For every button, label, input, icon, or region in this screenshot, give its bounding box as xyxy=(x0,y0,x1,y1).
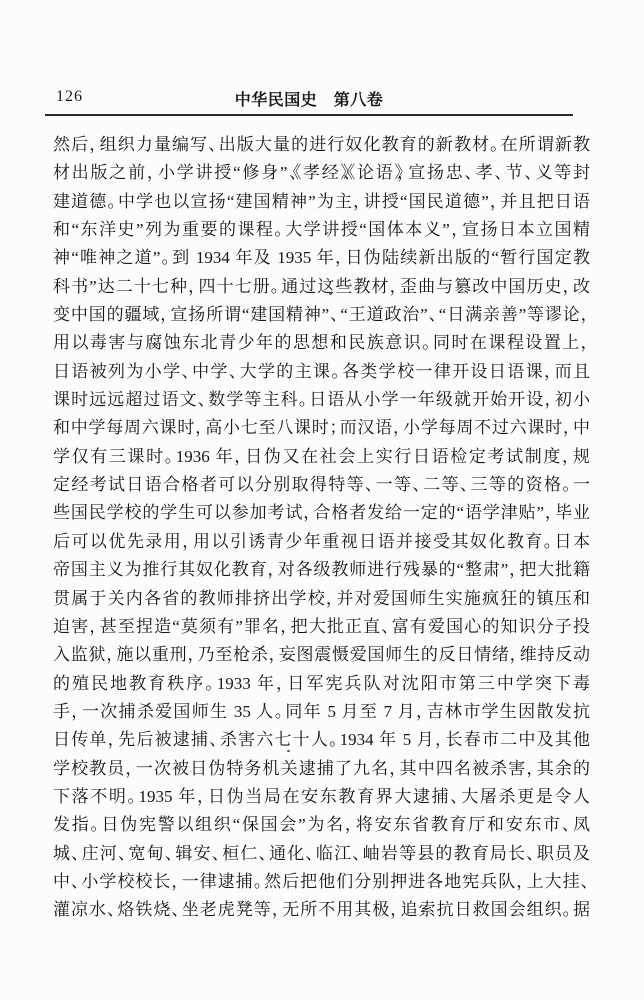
text-line: 用以毒害与腐蚀东北青少年的思想和民族意识。同时在课程设置上， xyxy=(53,329,590,357)
text-line: 课时远远超过语文、数学等主科。日语从小学一年级就开始开设，初小 xyxy=(53,386,590,414)
text-line: 中、小学校校长，一律逮捕。然后把他们分别押进各地宪兵队，上大挂、 xyxy=(53,868,590,896)
text-line: 迫害，甚至捏造“莫须有”罪名，把大批正直、富有爱国心的知识分子投 xyxy=(53,613,590,641)
text-line: 贯属于关内各省的教师排挤出学校，并对爱国师生实施疯狂的镇压和 xyxy=(53,585,590,613)
text-line: 帝国主义为推行其奴化教育，对各级教师进行残暴的“整肃”，把大批籍 xyxy=(53,556,590,584)
scan-speck xyxy=(287,750,290,752)
text-line: 日传单，先后被逮捕、杀害六七十人。1934 年 5 月，长春市二中及其他 xyxy=(53,726,590,754)
text-line: 和“东洋史”列为重要的课程。大学讲授“国体本义”，宣扬日本立国精 xyxy=(53,216,590,244)
text-line: 学仅有三课时。1936 年，日伪又在社会上实行日语检定考试制度，规 xyxy=(53,443,590,471)
text-line: 发指。日伪宪警以组织“保国会”为名，将安东省教育厅和安东市、凤 xyxy=(53,811,590,839)
text-line: 科书”达二十七种，四十七册。通过这些教材，歪曲与篡改中国历史，改 xyxy=(53,273,590,301)
text-line: 和中学每周六课时，高小七至八课时；而汉语，小学每周不过六课时，中 xyxy=(53,414,590,442)
text-line: 学校教员，一次被日伪特务机关逮捕了九名，其中四名被杀害，其余的 xyxy=(53,755,590,783)
text-line: 城、庄河、宽甸、辑安、桓仁、通化、临江、岫岩等县的教育局长、职员及 xyxy=(53,840,590,868)
text-line: 变中国的疆域，宣扬所谓“建国精神”、“王道政治”、“日满亲善”等谬论， xyxy=(53,301,590,329)
body-text: 然后，组织力量编写、出版大量的进行奴化教育的新教材。在所谓新教材出版之前，小学讲… xyxy=(53,131,590,925)
text-line: 神“唯神之道”。到 1934 年及 1935 年，日伪陆续新出版的“暂行国定教 xyxy=(53,244,590,272)
text-line: 手，一次捕杀爱国师生 35 人。同年 5 月至 7 月，吉林市学生因散发抗 xyxy=(53,698,590,726)
text-line: 的殖民地教育秩序。1933 年，日军宪兵队对沈阳市第三中学突下毒 xyxy=(53,670,590,698)
header-rule xyxy=(45,114,573,116)
text-line: 灌凉水、烙铁烧、坐老虎凳等，无所不用其极，追索抗日救国会组织。据 xyxy=(53,896,590,924)
text-line: 材出版之前，小学讲授“修身”、《孝经》、《论语》，宣扬忠、孝、节、义等封 xyxy=(53,159,590,187)
text-line: 后可以优先录用，用以引诱青少年重视日语并接受其奴化教育。日本 xyxy=(53,528,590,556)
text-line: 建道德。中学也以宣扬“建国精神”为主，讲授“国民道德”，并且把日语 xyxy=(53,188,590,216)
text-line: 些国民学校的学生可以参加考试，合格者发给一定的“语学津贴”，毕业 xyxy=(53,499,590,527)
text-line: 入监狱，施以重刑，乃至枪杀，妄图震慑爱国师生的反日情绪，维持反动 xyxy=(53,641,590,669)
scan-speck xyxy=(329,292,332,295)
text-line: 日语被列为小学、中学、大学的主课。各类学校一律开设日语课，而且 xyxy=(53,358,590,386)
running-title: 中华民国史 第八卷 xyxy=(45,87,573,110)
page: 126 中华民国史 第八卷 然后，组织力量编写、出版大量的进行奴化教育的新教材。… xyxy=(0,0,644,1000)
text-line: 下落不明。1935 年，日伪当局在安东教育界大逮捕、大屠杀更是令人 xyxy=(53,783,590,811)
text-line: 然后，组织力量编写、出版大量的进行奴化教育的新教材。在所谓新教 xyxy=(53,131,590,159)
text-line: 定经考试日语合格者可以分别取得特等、一等、二等、三等的资格。一 xyxy=(53,471,590,499)
page-header: 126 中华民国史 第八卷 xyxy=(45,86,573,108)
